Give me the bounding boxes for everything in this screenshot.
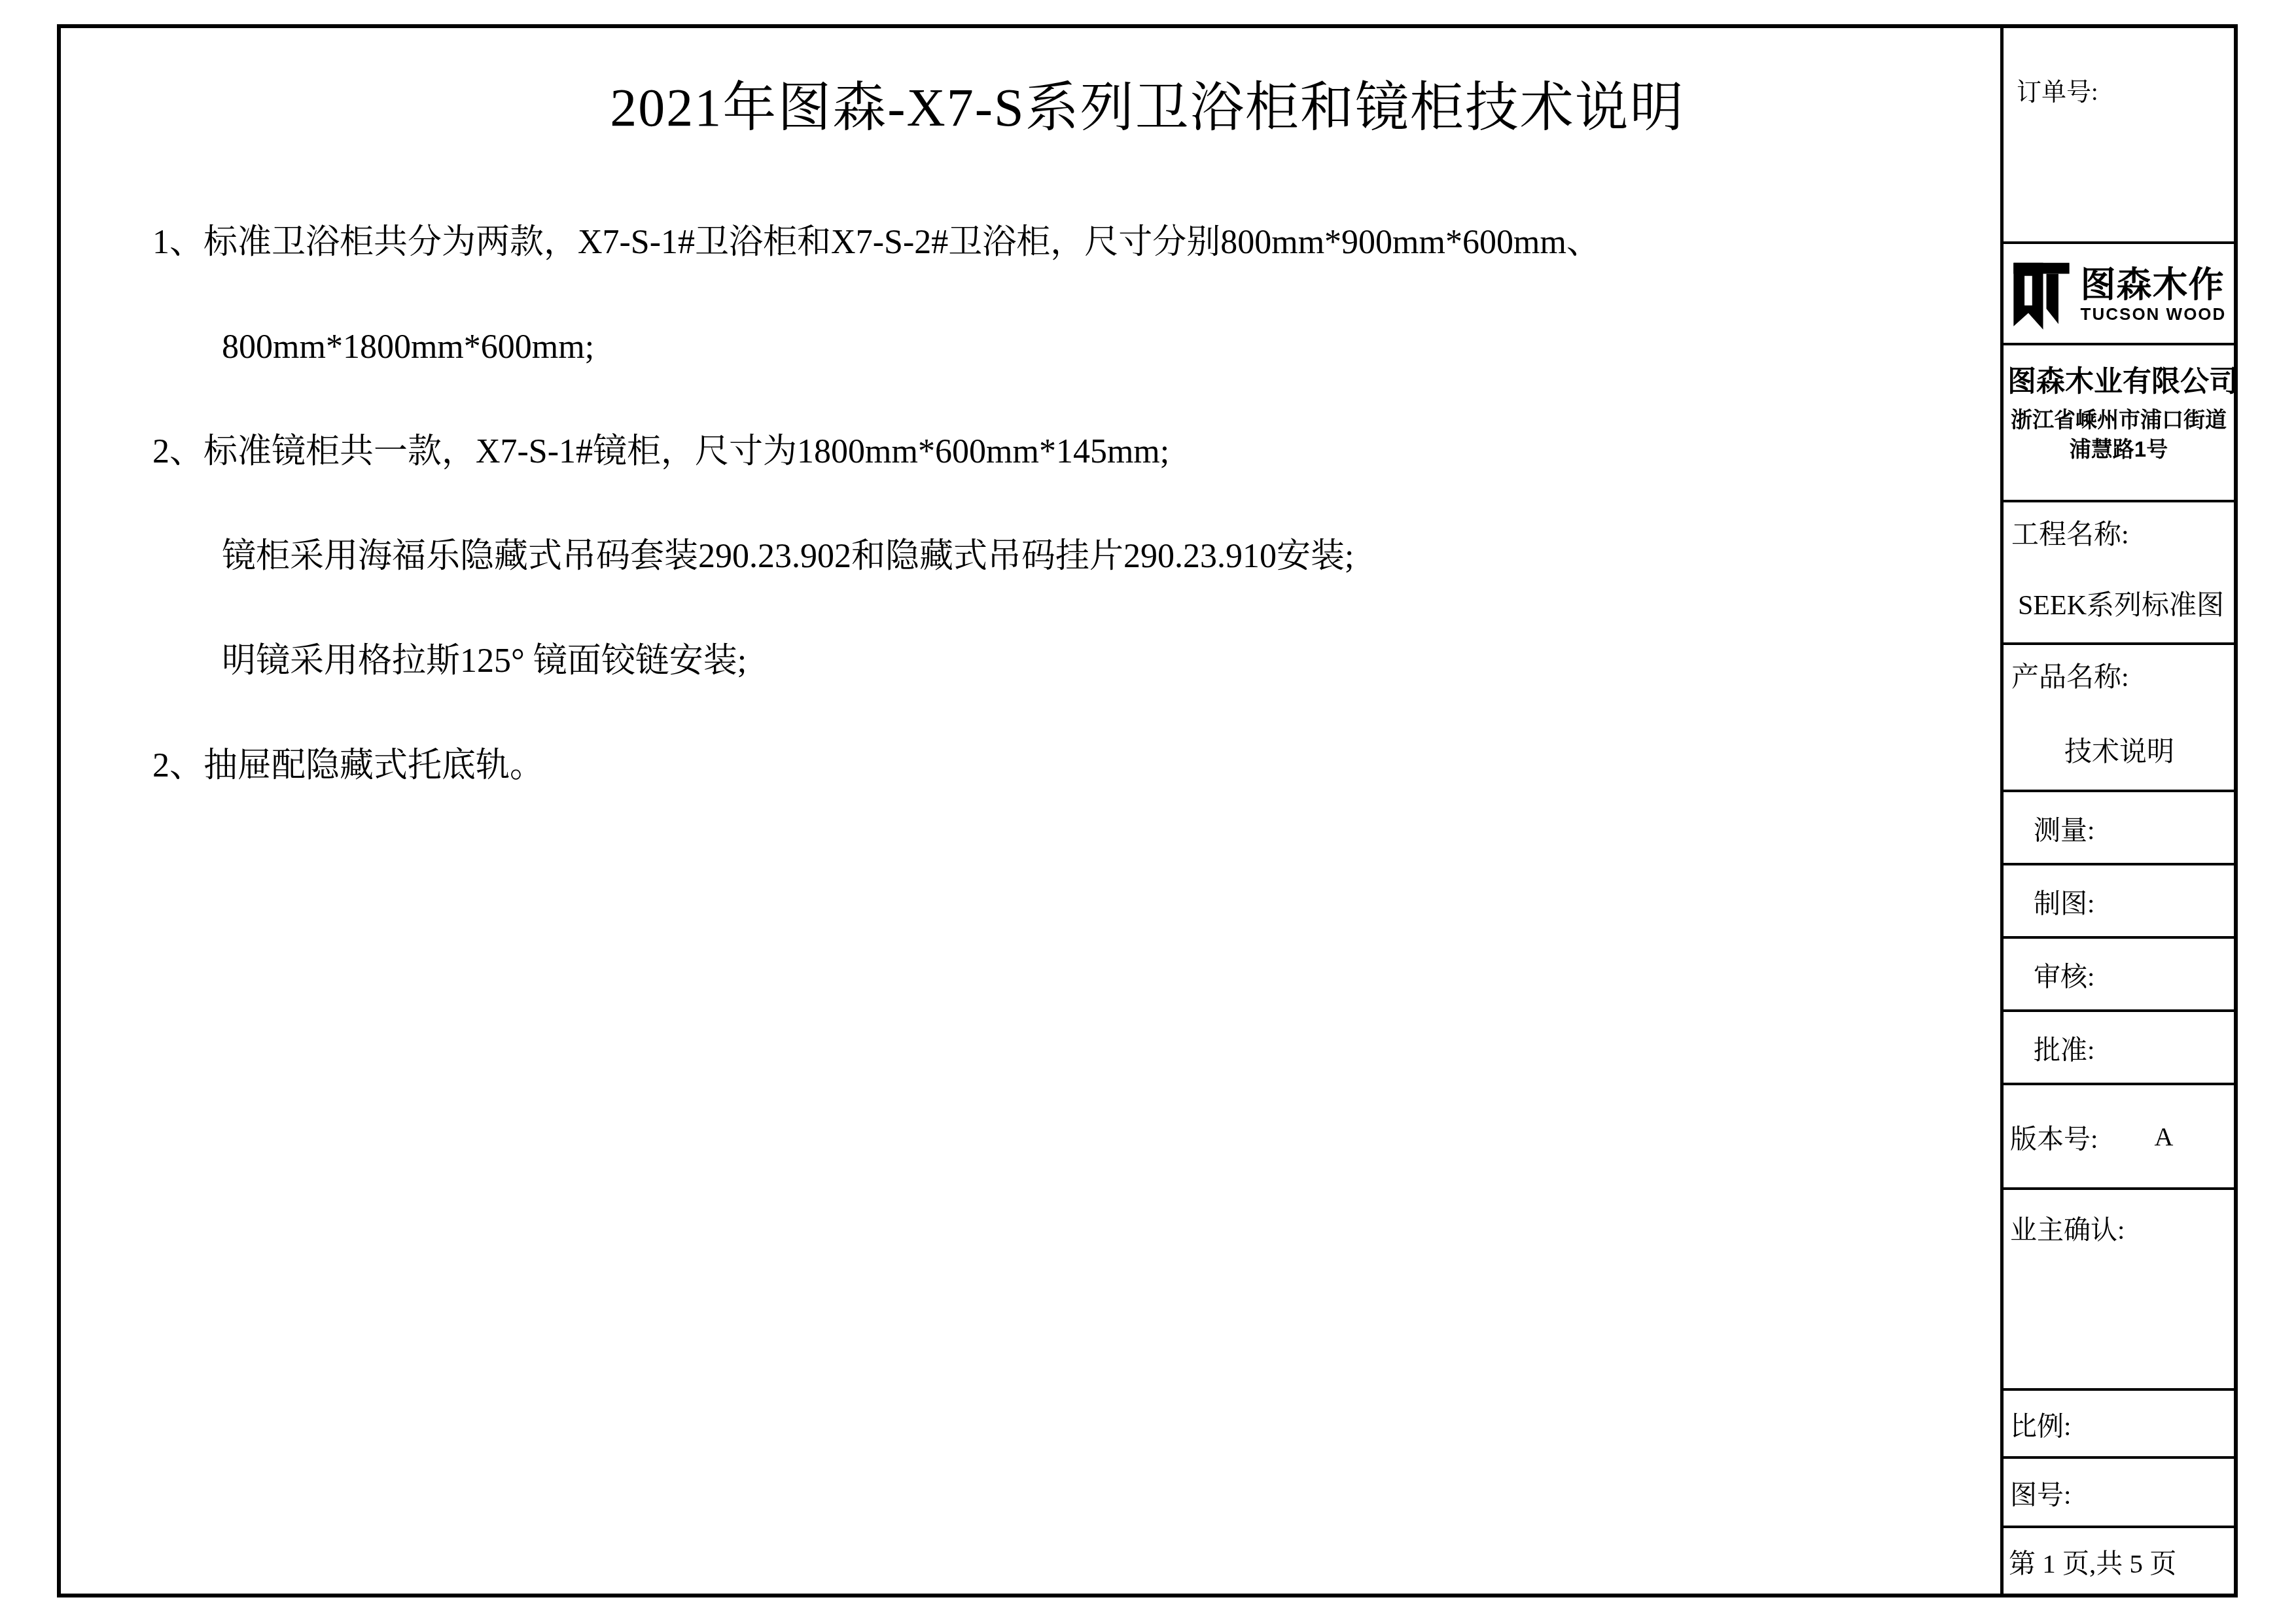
page-number-text: 第 1 页,共 5 页 bbox=[2009, 1542, 2176, 1580]
review-label: 审核: bbox=[2034, 955, 2094, 994]
version-label: 版本号: bbox=[2010, 1117, 2098, 1156]
measure-cell: 测量: bbox=[2004, 792, 2234, 865]
order-number-cell: 订单号: bbox=[2004, 28, 2234, 244]
version-cell: 版本号: A bbox=[2004, 1085, 2234, 1190]
spec-line-1: 1、标准卫浴柜共分为两款，X7-S-1#卫浴柜和X7-S-2#卫浴柜，尺寸分别8… bbox=[152, 190, 1987, 295]
title-block: 订单号: 图森木作 TUCSON WOOD 图森木业有限公司 bbox=[2000, 28, 2234, 1594]
scale-label: 比例: bbox=[2010, 1405, 2071, 1443]
approve-cell: 批准: bbox=[2004, 1012, 2234, 1085]
page-number-cell: 第 1 页,共 5 页 bbox=[2004, 1528, 2234, 1594]
spec-line-2: 800mm*1800mm*600mm; bbox=[152, 295, 1987, 400]
logo-text: 图森木作 TUCSON WOOD bbox=[2081, 268, 2227, 323]
spec-line-6: 2、抽屉配隐藏式托底轨。 bbox=[152, 714, 1987, 818]
logo-cn-text: 图森木作 bbox=[2081, 268, 2227, 303]
draft-label: 制图: bbox=[2034, 882, 2094, 920]
product-name-label: 产品名称: bbox=[2011, 655, 2234, 695]
drawing-frame: 2021年图森-X7-S系列卫浴柜和镜柜技术说明 1、标准卫浴柜共分为两款，X7… bbox=[57, 24, 2238, 1597]
company-address: 浙江省嵊州市浦口街道 浦慧路1号 bbox=[2007, 406, 2230, 464]
project-name-value: SEEK系列标准图 bbox=[2011, 584, 2234, 623]
company-address-line2: 浦慧路1号 bbox=[2007, 435, 2230, 464]
order-number-label: 订单号: bbox=[2017, 79, 2098, 106]
review-cell: 审核: bbox=[2004, 939, 2234, 1012]
draft-cell: 制图: bbox=[2004, 865, 2234, 939]
owner-confirm-cell: 业主确认: bbox=[2004, 1190, 2234, 1391]
spec-line-4: 镜柜采用海福乐隐藏式吊码套装290.23.902和隐藏式吊码挂片290.23.9… bbox=[152, 504, 1987, 609]
spec-text: 1、标准卫浴柜共分为两款，X7-S-1#卫浴柜和X7-S-2#卫浴柜，尺寸分别8… bbox=[152, 190, 1987, 818]
drawing-number-cell: 图号: bbox=[2004, 1459, 2234, 1528]
logo-cell: 图森木作 TUCSON WOOD bbox=[2004, 244, 2234, 345]
drawing-number-label: 图号: bbox=[2010, 1473, 2071, 1512]
product-name-value: 技术说明 bbox=[2011, 730, 2234, 769]
company-name: 图森木业有限公司 bbox=[2007, 366, 2230, 398]
company-info-cell: 图森木业有限公司 浙江省嵊州市浦口街道 浦慧路1号 bbox=[2004, 345, 2234, 502]
project-name-label: 工程名称: bbox=[2011, 513, 2234, 552]
company-address-line1: 浙江省嵊州市浦口街道 bbox=[2007, 406, 2230, 435]
project-name-cell: 工程名称: SEEK系列标准图 bbox=[2004, 502, 2234, 645]
version-value: A bbox=[2154, 1121, 2173, 1152]
scale-cell: 比例: bbox=[2004, 1391, 2234, 1459]
spec-line-5: 明镜采用格拉斯125° 镜面铰链安装; bbox=[152, 609, 1987, 714]
spec-line-3: 2、标准镜柜共一款，X7-S-1#镜柜，尺寸为1800mm*600mm*145m… bbox=[152, 400, 1987, 504]
approve-label: 批准: bbox=[2034, 1028, 2094, 1067]
owner-confirm-label: 业主确认: bbox=[2010, 1215, 2125, 1245]
logo-en-text: TUCSON WOOD bbox=[2081, 305, 2227, 323]
measure-label: 测量: bbox=[2034, 809, 2094, 847]
tucson-wood-logo-icon bbox=[2011, 258, 2072, 332]
product-name-cell: 产品名称: 技术说明 bbox=[2004, 645, 2234, 792]
main-content: 1、标准卫浴柜共分为两款，X7-S-1#卫浴柜和X7-S-2#卫浴柜，尺寸分别8… bbox=[61, 28, 2000, 1594]
drawing-sheet: 2021年图森-X7-S系列卫浴柜和镜柜技术说明 1、标准卫浴柜共分为两款，X7… bbox=[0, 0, 2296, 1623]
